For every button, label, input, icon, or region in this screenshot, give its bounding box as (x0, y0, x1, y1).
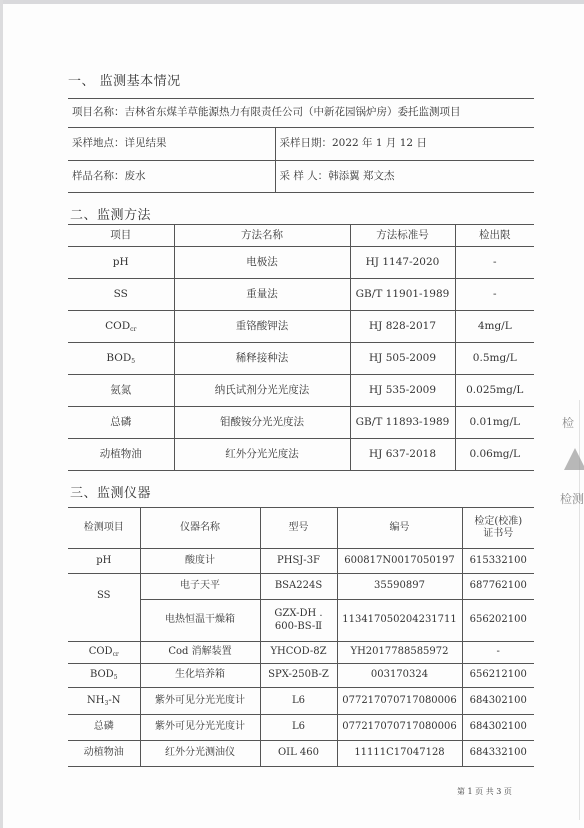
item-subscript: 5 (131, 358, 135, 365)
method-cell: 电极法 (174, 247, 350, 279)
item-text: COD (105, 320, 130, 332)
header-item: 项目 (68, 225, 174, 247)
method-cell: 钼酸铵分光光度法 (174, 407, 350, 439)
item-cell: CODcr (68, 642, 140, 664)
item-cell: pH (68, 247, 174, 279)
instruments-table: 检测项目 仪器名称 型号 编号 检定(校准)证书号 pH 酸度计 PHSJ-3F… (68, 507, 534, 767)
cert-cell: 615332100 (462, 549, 534, 574)
section-title-instruments: 三、监测仪器 (70, 482, 151, 501)
limit-cell: - (455, 247, 534, 279)
table-row: CODcr Cod 消解装置 YHCOD-8Z YH2017788585972 … (68, 642, 534, 664)
method-cell: 稀释接种法 (174, 343, 350, 375)
header-model: 型号 (260, 508, 337, 549)
standard-cell: HJ 637-2018 (350, 439, 455, 471)
standard-cell: HJ 1147-2020 (350, 247, 455, 279)
item-cell: 总磷 (68, 715, 140, 741)
instrument-cell: 紫外可见分光光度计 (140, 715, 260, 741)
basic-info-table: 项目名称：吉林省东煤羊草能源热力有限责任公司（中新花园锅炉房）委托监测项目 采样… (68, 98, 534, 193)
sampling-location-value: 详见结果 (125, 137, 167, 149)
table-row: SS 重量法 GB/T 11901-1989 - (68, 279, 534, 311)
instrument-cell: 紫外可见分光光度计 (140, 688, 260, 715)
method-cell: 纳氏试剂分光光度法 (174, 375, 350, 407)
cert-cell: 684302100 (462, 688, 534, 715)
project-name-value: 吉林省东煤羊草能源热力有限责任公司（中新花园锅炉房）委托监测项目 (125, 106, 461, 118)
item-cell: SS (68, 279, 174, 311)
item-cell: 动植物油 (68, 439, 174, 471)
limit-cell: 4mg/L (455, 311, 534, 343)
cert-cell: 684332100 (462, 741, 534, 767)
item-cell: 总磷 (68, 407, 174, 439)
methods-table: 项目 方法名称 方法标准号 检出限 pH 电极法 HJ 1147-2020 - … (68, 224, 534, 471)
item-cell: BOD5 (68, 664, 140, 688)
sample-name-value: 废水 (125, 170, 146, 182)
instrument-cell: 红外分光测油仪 (140, 741, 260, 767)
model-cell: L6 (260, 715, 337, 741)
methods-header-row: 项目 方法名称 方法标准号 检出限 (68, 225, 534, 247)
item-subscript: cr (130, 326, 136, 333)
limit-cell: 0.5mg/L (455, 343, 534, 375)
table-row: CODcr 重铬酸钾法 HJ 828-2017 4mg/L (68, 311, 534, 343)
standard-cell: HJ 828-2017 (350, 311, 455, 343)
standard-cell: GB/T 11893-1989 (350, 407, 455, 439)
serial-cell: 003170324 (337, 664, 462, 688)
item-cell: 动植物油 (68, 741, 140, 767)
cert-cell: 656202100 (462, 600, 534, 642)
item-cell: pH (68, 549, 140, 574)
sampling-date-cell: 采样日期：2022 年 1 月 12 日 (275, 128, 534, 161)
item-subscript: cr (113, 651, 119, 658)
cert-cell: 684302100 (462, 715, 534, 741)
method-cell: 红外分光光度法 (174, 439, 350, 471)
model-line2: 600-BS-Ⅱ (263, 621, 335, 634)
limit-cell: 0.06mg/L (455, 439, 534, 471)
header-certificate: 检定(校准)证书号 (462, 508, 534, 549)
sampling-location-label: 采样地点： (72, 137, 125, 149)
serial-cell: 600817N0017050197 (337, 549, 462, 574)
model-cell: YHCOD-8Z (260, 642, 337, 664)
method-cell: 重铬酸钾法 (174, 311, 350, 343)
method-cell: 重量法 (174, 279, 350, 311)
scan-border-left (0, 0, 3, 828)
item-text: BOD (90, 669, 114, 680)
instrument-cell: Cod 消解装置 (140, 642, 260, 664)
table-row: 氨氮 纳氏试剂分光光度法 HJ 535-2009 0.025mg/L (68, 375, 534, 407)
sample-name-label: 样品名称： (72, 170, 125, 182)
standard-cell: HJ 505-2009 (350, 343, 455, 375)
standard-cell: GB/T 11901-1989 (350, 279, 455, 311)
table-row: NH3-N 紫外可见分光光度计 L6 077217070717080006 68… (68, 688, 534, 715)
serial-cell: 11111C17047128 (337, 741, 462, 767)
table-row: BOD5 稀释接种法 HJ 505-2009 0.5mg/L (68, 343, 534, 375)
sampler-label: 采 样 人： (280, 170, 329, 182)
cert-cell: - (462, 642, 534, 664)
header-instrument-name: 仪器名称 (140, 508, 260, 549)
section-title-methods: 二、监测方法 (70, 204, 151, 223)
sampler-cell: 采 样 人：韩添翼 郑文杰 (275, 161, 534, 193)
model-cell: PHSJ-3F (260, 549, 337, 574)
table-row: 动植物油 红外分光光度法 HJ 637-2018 0.06mg/L (68, 439, 534, 471)
sampler-value: 韩添翼 郑文杰 (328, 170, 394, 182)
limit-cell: - (455, 279, 534, 311)
serial-cell: 077217070717080006 (337, 688, 462, 715)
scan-border-top (0, 0, 584, 4)
instruments-header-row: 检测项目 仪器名称 型号 编号 检定(校准)证书号 (68, 508, 534, 549)
item-cell: SS (68, 574, 140, 642)
serial-cell: 35590897 (337, 574, 462, 600)
header-certificate-line2: 证书号 (465, 528, 533, 541)
model-cell: SPX-250B-Z (260, 664, 337, 688)
cert-cell: 656212100 (462, 664, 534, 688)
serial-cell: 077217070717080006 (337, 715, 462, 741)
item-cell: BOD5 (68, 343, 174, 375)
instrument-cell: 酸度计 (140, 549, 260, 574)
header-method-name: 方法名称 (174, 225, 350, 247)
model-cell: L6 (260, 688, 337, 715)
model-cell: GZX-DH .600-BS-Ⅱ (260, 600, 337, 642)
project-name-label: 项目名称： (72, 106, 125, 118)
table-row: 总磷 钼酸铵分光光度法 GB/T 11893-1989 0.01mg/L (68, 407, 534, 439)
table-row: 动植物油 红外分光测油仪 OIL 460 11111C17047128 6843… (68, 741, 534, 767)
table-row: 总磷 紫外可见分光光度计 L6 077217070717080006 68430… (68, 715, 534, 741)
serial-cell: YH2017788585972 (337, 642, 462, 664)
model-cell: BSA224S (260, 574, 337, 600)
item-suffix: -N (108, 695, 120, 706)
standard-cell: HJ 535-2009 (350, 375, 455, 407)
sampling-date-value: 2022 年 1 月 12 日 (332, 137, 427, 149)
header-serial: 编号 (337, 508, 462, 549)
item-cell: CODcr (68, 311, 174, 343)
table-row: pH 电极法 HJ 1147-2020 - (68, 247, 534, 279)
table-row: BOD5 生化培养箱 SPX-250B-Z 003170324 65621210… (68, 664, 534, 688)
table-row: pH 酸度计 PHSJ-3F 600817N0017050197 6153321… (68, 549, 534, 574)
sample-name-cell: 样品名称：废水 (68, 161, 275, 193)
serial-cell: 113417050204231711 (337, 600, 462, 642)
limit-cell: 0.01mg/L (455, 407, 534, 439)
model-line1: GZX-DH . (263, 608, 335, 621)
stamp-text-top: 检 (562, 414, 574, 431)
star-icon (564, 448, 584, 470)
page-number: 第 1 页 共 3 页 (457, 786, 512, 797)
table-row: SS 电子天平 BSA224S 35590897 687762100 (68, 574, 534, 600)
header-certificate-line1: 检定(校准) (465, 516, 533, 529)
instrument-cell: 电热恒温干燥箱 (140, 600, 260, 642)
instrument-cell: 电子天平 (140, 574, 260, 600)
sampling-location-cell: 采样地点：详见结果 (68, 128, 275, 161)
item-text: BOD (106, 352, 131, 364)
header-standard: 方法标准号 (350, 225, 455, 247)
item-cell: NH3-N (68, 688, 140, 715)
limit-cell: 0.025mg/L (455, 375, 534, 407)
header-test-item: 检测项目 (68, 508, 140, 549)
stamp-text-bottom: 检测 (560, 490, 584, 507)
section-title-basic-info: 一、 监测基本情况 (68, 70, 181, 89)
item-text: COD (89, 646, 113, 657)
seal-stamp: 检 检测 (560, 410, 584, 520)
instrument-cell: 生化培养箱 (140, 664, 260, 688)
sampling-date-label: 采样日期： (280, 137, 333, 149)
model-cell: OIL 460 (260, 741, 337, 767)
item-cell: 氨氮 (68, 375, 174, 407)
item-subscript: 5 (114, 674, 118, 681)
cert-cell: 687762100 (462, 574, 534, 600)
header-detection-limit: 检出限 (455, 225, 534, 247)
project-name-cell: 项目名称：吉林省东煤羊草能源热力有限责任公司（中新花园锅炉房）委托监测项目 (68, 99, 534, 128)
item-text: NH (87, 695, 104, 706)
